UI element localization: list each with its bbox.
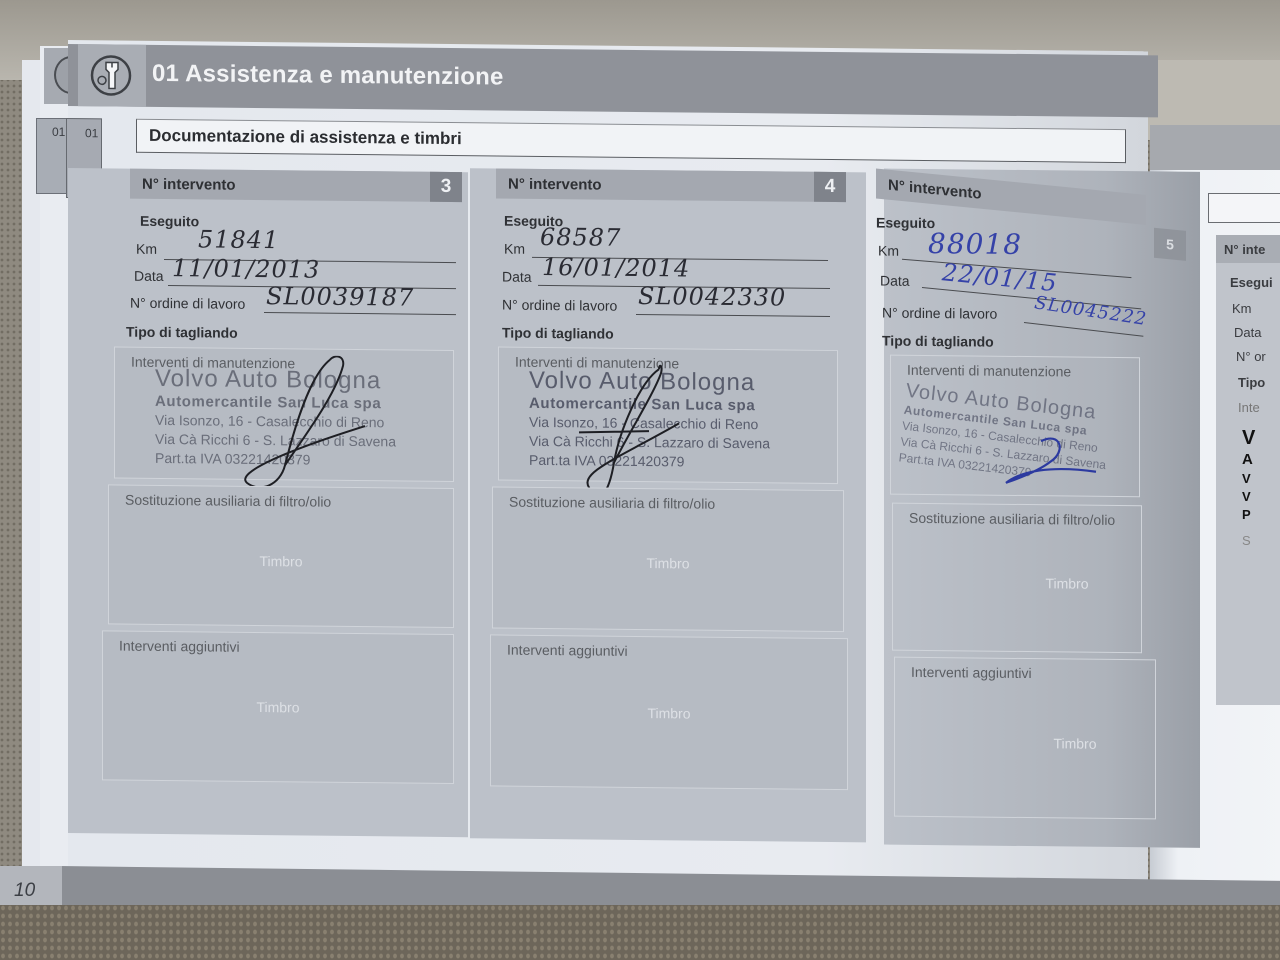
service-card-5: N° intervento 5 Eseguito Km 88018 Data 2… xyxy=(884,169,1200,848)
page-number: 10 xyxy=(14,880,35,902)
km-label: Km xyxy=(504,241,525,257)
additional-work-label: Interventi aggiuntivi xyxy=(119,638,240,655)
additional-work-box: Interventi aggiuntivi Timbro xyxy=(894,657,1156,820)
card-header: N° intervento 3 xyxy=(130,169,462,202)
km-value: 88018 xyxy=(928,227,1022,261)
stamp-placeholder: Timbro xyxy=(109,551,453,571)
service-number: 5 xyxy=(1154,228,1186,261)
card-header-label: N° inte xyxy=(1224,242,1265,257)
order-label: N° ordine di lavoro xyxy=(130,295,245,312)
km-value: 51841 xyxy=(198,225,279,254)
stamp-placeholder: Timbro xyxy=(945,734,1205,753)
signature xyxy=(991,431,1101,492)
section-title-box: Documentazione di assistenza e timbri xyxy=(136,119,1126,163)
signature xyxy=(225,355,365,496)
next-card-header: N° inte xyxy=(1216,235,1280,263)
chapter-icon-cell xyxy=(78,44,146,107)
maintenance-box: Interventi di manutenzione Volvo Auto Bo… xyxy=(890,355,1140,498)
stamp-fragment: V xyxy=(1242,471,1251,486)
maintenance-label: Interventi di manutenzione xyxy=(907,362,1071,380)
date-value: 16/01/2014 xyxy=(542,253,690,283)
chapter-label: 01 xyxy=(52,125,65,139)
service-number: 4 xyxy=(814,172,846,202)
order-label: N° ordine di lavoro xyxy=(882,305,997,322)
filter-oil-label: Sostituzione ausiliaria di filtro/olio xyxy=(909,510,1115,528)
stamp-fragment: A xyxy=(1242,451,1253,468)
km-label: Km xyxy=(878,242,899,258)
card-header-label: N° intervento xyxy=(142,176,236,194)
page-title: 01 Assistenza e manutenzione xyxy=(152,60,504,92)
card-header-label: N° intervento xyxy=(508,176,602,194)
service-card-4: N° intervento 4 Eseguito Km 68587 Data 1… xyxy=(470,168,866,842)
service-type-label: Tipo di tagliando xyxy=(882,333,994,350)
filter-oil-box: Sostituzione ausiliaria di filtro/olio T… xyxy=(492,486,844,632)
date-value: 11/01/2013 xyxy=(172,254,320,284)
additional-work-box: Interventi aggiuntivi Timbro xyxy=(490,634,848,790)
additional-work-box: Interventi aggiuntivi Timbro xyxy=(102,630,454,784)
maintenance-label: Inte xyxy=(1238,400,1260,415)
next-page-section-box xyxy=(1208,193,1280,223)
order-line xyxy=(264,312,456,315)
section-title: Documentazione di assistenza e timbri xyxy=(149,126,462,149)
additional-work-label: Interventi aggiuntivi xyxy=(911,664,1032,681)
card-header: N° intervento 4 xyxy=(496,168,846,202)
order-label: N° or xyxy=(1236,349,1266,364)
stamp-fragment: V xyxy=(1242,427,1255,450)
date-label: Data xyxy=(880,273,910,289)
order-value: SL0039187 xyxy=(266,282,414,312)
date-label: Data xyxy=(1234,325,1261,340)
filter-oil-label: Sostituzione ausiliaria di filtro/olio xyxy=(125,492,331,510)
filter-label: S xyxy=(1242,533,1251,548)
km-label: Km xyxy=(1232,301,1252,316)
filter-oil-box: Sostituzione ausiliaria di filtro/olio T… xyxy=(892,503,1142,654)
km-value: 68587 xyxy=(540,223,621,252)
chapter-header: 01 Assistenza e manutenzione xyxy=(68,44,1158,117)
stamp-placeholder: Timbro xyxy=(943,574,1191,593)
order-value: SL0042330 xyxy=(638,282,786,312)
card-header-label: N° intervento xyxy=(888,177,982,203)
stamp-fragment: P xyxy=(1242,507,1251,522)
stamp-fragment: V xyxy=(1242,489,1251,504)
filter-oil-label: Sostituzione ausiliaria di filtro/olio xyxy=(509,494,715,512)
stamp-placeholder: Timbro xyxy=(491,703,847,723)
signature xyxy=(559,362,689,503)
service-type-label: Tipo xyxy=(1238,375,1265,390)
stamp-placeholder: Timbro xyxy=(493,553,843,573)
background-surface-bottom xyxy=(0,905,1280,960)
date-label: Data xyxy=(502,269,532,285)
stamp-placeholder: Timbro xyxy=(103,697,453,717)
eseguito-label: Eseguito xyxy=(140,213,199,230)
next-page-card: N° inte Esegui Km Data N° or Tipo Inte V… xyxy=(1216,235,1280,705)
additional-work-label: Interventi aggiuntivi xyxy=(507,642,628,659)
service-number: 3 xyxy=(430,172,462,202)
order-label: N° ordine di lavoro xyxy=(502,297,617,314)
service-card-3: N° intervento 3 Eseguito Km 51841 Data 1… xyxy=(68,168,468,837)
maintenance-box: Interventi di manutenzione Volvo Auto Bo… xyxy=(498,347,838,485)
service-type-label: Tipo di tagliando xyxy=(502,325,614,342)
chapter-label: 01 xyxy=(85,126,98,140)
next-page-header xyxy=(1150,125,1280,170)
eseguito-label: Esegui xyxy=(1230,275,1273,290)
service-type-label: Tipo di tagliando xyxy=(126,324,238,341)
km-label: Km xyxy=(136,241,157,257)
previous-page-chapter-tab: 01 xyxy=(36,118,70,194)
date-label: Data xyxy=(134,268,164,284)
manual-page: 01 Assistenza e manutenzione 01 Document… xyxy=(68,40,1148,916)
filter-oil-box: Sostituzione ausiliaria di filtro/olio T… xyxy=(108,484,454,628)
wrench-icon xyxy=(90,54,132,96)
maintenance-box: Interventi di manutenzione Volvo Auto Bo… xyxy=(114,346,454,482)
eseguito-label: Eseguito xyxy=(876,214,935,231)
order-line xyxy=(636,314,830,317)
